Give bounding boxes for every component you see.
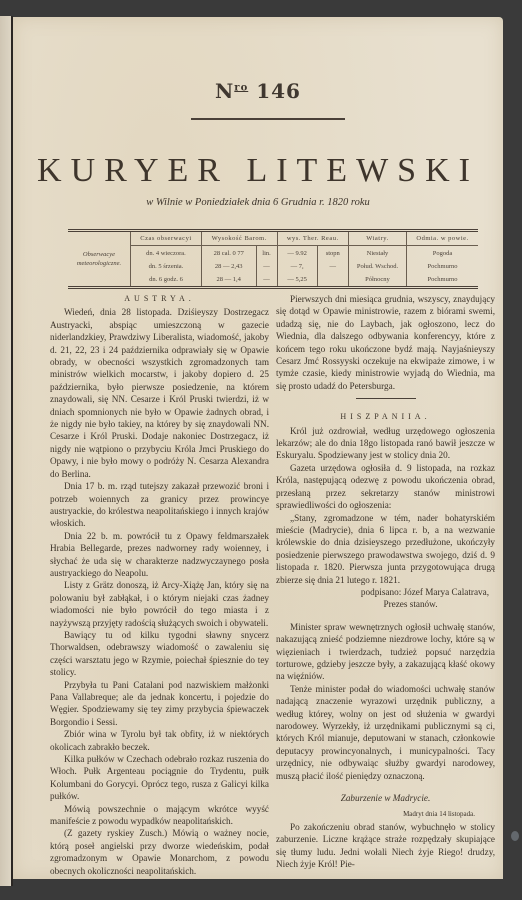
- article-paragraph: Bawiący tu od kilku tygodni sławny snyce…: [50, 629, 269, 679]
- subheading: Zaburzenie w Madrycie.: [276, 792, 495, 804]
- issue-label-sup: ro: [234, 82, 248, 93]
- weather-wind: Połud. Wschod.: [348, 260, 406, 273]
- weather-header: Czas obserwacyi: [131, 232, 202, 246]
- adjacent-page-edge: [0, 16, 13, 886]
- article-paragraph: Dnia 22 b. m. powrócił tu z Opawy feldma…: [50, 530, 269, 580]
- weather-therm-unit: stopn: [317, 246, 348, 260]
- article-columns: AUSTRYA. Wiedeń, dnia 28 listopada. Dziś…: [50, 293, 495, 877]
- weather-header: Odmia. w powie.: [407, 232, 478, 246]
- weather-therm-unit: —: [317, 260, 348, 273]
- article-paragraph: „Stany, zgromadzone w tém, nader bohatyr…: [276, 512, 495, 586]
- issue-number-value: 146: [256, 79, 301, 103]
- weather-header: Wiatry.: [348, 232, 406, 246]
- weather-time: dn. 4 wieczora.: [131, 246, 202, 260]
- signature-title: Prezes stanów.: [276, 598, 495, 610]
- right-column: Pierwszych dni miesiąca grudnia, wszyscy…: [276, 293, 495, 877]
- sub-dateline: Madryt dnia 14 listopada.: [276, 808, 495, 820]
- article-paragraph: Zbiór wina w Tyrolu był tak obfity, iż w…: [50, 728, 269, 753]
- article-paragraph: Pierwszych dni miesiąca grudnia, wszyscy…: [276, 293, 495, 392]
- article-paragraph: (Z gazety ryskiey Zusch.) Mówią o ważney…: [50, 827, 269, 877]
- article-paragraph: Gazeta urzędowa ogłosiła d. 9 listopada,…: [276, 462, 495, 512]
- weather-thermometer: — 5,25: [277, 273, 317, 286]
- weather-therm-unit: [317, 273, 348, 286]
- weather-wind: Północny: [348, 273, 406, 286]
- article-paragraph: Przybyła tu Pani Catalani pod nazwiskiem…: [50, 679, 269, 729]
- weather-header: Wysokość Barom.: [201, 232, 277, 246]
- weather-time: dn. 5 śrzenia.: [131, 260, 202, 273]
- article-paragraph: Dnia 17 b. m. rząd tutejszy zakazał prze…: [50, 480, 269, 530]
- weather-barometer-unit: lin.: [256, 246, 277, 260]
- weather-header: wys. Ther. Reau.: [277, 232, 348, 246]
- weather-barometer: 28 — 2,43: [201, 260, 256, 273]
- article-paragraph: Po zakończeniu obrad stanów, wybuchnęło …: [276, 821, 495, 871]
- weather-barometer-unit: —: [256, 260, 277, 273]
- section-divider: [356, 398, 416, 399]
- weather-time: dn. 6 godz. 6: [131, 273, 202, 286]
- signature-line: podpisano: Józef Marya Calatrava,: [276, 586, 495, 598]
- left-column: AUSTRYA. Wiedeń, dnia 28 listopada. Dziś…: [50, 293, 269, 877]
- article-paragraph: Kilka pułków w Czechach odebrało rozkaz …: [50, 753, 269, 803]
- masthead-title: KURYER LITEWSKI: [13, 152, 503, 190]
- article-paragraph: Tenże minister podał do wiadomości uchwa…: [276, 683, 495, 782]
- weather-sky: Pogoda: [407, 246, 478, 260]
- spacer: [276, 611, 495, 621]
- article-paragraph: Mówią powszechnie o mającym wkrótce wyyś…: [50, 803, 269, 828]
- weather-sky: Pochmurno: [407, 260, 478, 273]
- weather-thermometer: — 7,: [277, 260, 317, 273]
- weather-barometer: 28 — 1,4: [201, 273, 256, 286]
- section-heading-hiszpania: HISZPANIIA.: [276, 411, 495, 423]
- article-paragraph: Listy z Grätz donoszą, iż Arcy-Xiążę Jan…: [50, 579, 269, 629]
- article-paragraph: Minister spraw wewnętrznych ogłosił uchw…: [276, 621, 495, 683]
- weather-row-label: Obserwacye meteorologiczne.: [68, 232, 131, 286]
- article-paragraph: Król już ozdrowiał, według urzędowego og…: [276, 425, 495, 462]
- title-rule: [191, 118, 345, 120]
- weather-thermometer: — 9.92: [277, 246, 317, 260]
- section-heading-austrya: AUSTRYA.: [50, 293, 269, 305]
- weather-barometer-unit: —: [256, 273, 277, 286]
- article-paragraph: Wiedeń, dnia 28 listopada. Dziśieyszy Do…: [50, 306, 269, 480]
- dateline: w Wilnie w Poniedziałek dnia 6 Grudnia r…: [13, 197, 503, 208]
- newspaper-page: Nro 146 KURYER LITEWSKI w Wilnie w Ponie…: [13, 17, 503, 879]
- issue-number: Nro 146: [13, 79, 503, 103]
- weather-table: Obserwacye meteorologiczne. Czas obserwa…: [68, 229, 478, 289]
- weather-barometer: 28 cal. 0 77: [201, 246, 256, 260]
- weather-wind: Niestały: [348, 246, 406, 260]
- issue-label: N: [215, 79, 234, 103]
- weather-sky: Pochmurno: [407, 273, 478, 286]
- paper-stain: [511, 831, 519, 841]
